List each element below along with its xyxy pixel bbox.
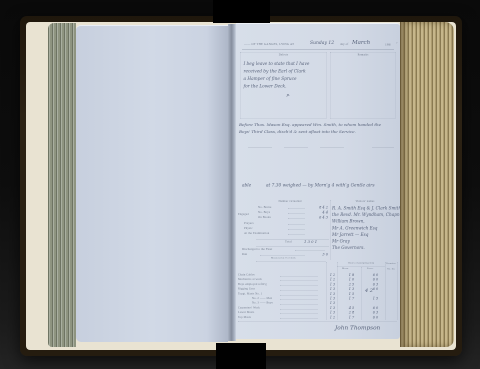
pump-row-n: 1 2 xyxy=(327,315,338,319)
dotted-leader xyxy=(280,281,318,282)
pump-row-label: Top Masts xyxy=(238,316,251,319)
visitor-name: Mr Gray xyxy=(332,238,400,245)
pump-row-morn: 1 8 xyxy=(340,273,363,277)
header-handwritten-month: March xyxy=(352,39,370,46)
pump-row-morn: 2 5 xyxy=(340,282,363,286)
report-line-1: Before Thos. Mason Esq. appeared Wm. Smi… xyxy=(239,122,381,127)
dotted-leader xyxy=(288,209,305,210)
defects-line: I beg leave to state that I have xyxy=(244,61,310,69)
visitors-list: R. A. Smith Esq & J. Clark Smith the Rev… xyxy=(332,205,400,251)
column-divider xyxy=(330,200,331,260)
pump-row-morn: 1 3 xyxy=(340,287,363,291)
dotted-leader xyxy=(288,230,305,231)
weigh-line-text: at 7.30 weighed — by Morn'g 4 with'g Gen… xyxy=(266,183,375,188)
remains-header: Remains xyxy=(385,263,397,266)
pump-row-n: 1 3 xyxy=(327,301,338,305)
muster-table-title: Number victualled xyxy=(260,200,320,203)
muster-row: At the Examination xyxy=(240,232,329,237)
pump-row-even: 6 3 xyxy=(364,282,387,286)
remains-sub: No. lbs xyxy=(385,268,397,271)
pump-row-n: 1 2 xyxy=(327,273,338,277)
header-year: 186 xyxy=(385,43,391,47)
pump-row: Top Masts 1 2 1 7 6 0 xyxy=(238,315,398,320)
dotted-leader xyxy=(280,300,318,301)
dotted-leader xyxy=(288,225,305,226)
dotted-leader xyxy=(288,219,305,220)
dotted-leader xyxy=(280,314,318,315)
weigh-line-lead: able xyxy=(242,183,251,188)
pump-row-label: Mechanics at work xyxy=(238,278,262,281)
ledger-form: —— OF THE GANGES, lying at Sunday 12 day… xyxy=(236,24,400,339)
defects-handwritten-block: I beg leave to state that I have receive… xyxy=(244,61,310,91)
total-rule-top xyxy=(256,239,329,240)
dotted-leader xyxy=(280,295,318,296)
pump-row-n: 1 3 xyxy=(327,287,338,291)
pump-row-n: 1 3 xyxy=(327,311,338,315)
pump-row-n: 1 3 xyxy=(327,306,338,310)
defects-column-title: Defects xyxy=(241,54,327,57)
pump-row-morn: 1 5 xyxy=(340,292,363,296)
muster-table: Number victualled Engaged No. Borne 8 4 … xyxy=(236,200,331,261)
pump-row-morn: 2 8 xyxy=(340,311,363,315)
header-handwritten-day: Sunday 12 xyxy=(310,41,334,46)
blank-rule xyxy=(284,147,308,148)
pump-bottom-rule xyxy=(238,321,397,322)
visitor-name: the Revd. Mr. Wyndham, Chapn. xyxy=(332,212,400,219)
muster-footer-text: Mustered at 9 o'clock xyxy=(271,257,296,260)
pump-sub-even: Even. xyxy=(367,268,374,271)
muster-row-label: On Books xyxy=(258,216,271,219)
pump-header: Hours of pumping ship xyxy=(337,262,385,265)
defects-line: received by the Earl of Clark xyxy=(244,68,310,76)
muster-row-label: Physic xyxy=(244,227,253,230)
pump-sub-morn: Morn. xyxy=(342,268,349,271)
pump-row-label: Topgt. Masts No. 1 xyxy=(238,292,262,295)
pump-row-label: Lower Masts xyxy=(238,311,254,314)
dotted-leader xyxy=(260,256,305,257)
pump-row-even: 6 0 xyxy=(364,273,387,277)
pump-row-morn: 1 0 xyxy=(340,278,363,282)
blank-left-page xyxy=(76,25,228,342)
pump-row-label: Rigging Gear xyxy=(238,288,255,291)
muster-total-label: Total xyxy=(285,241,292,244)
pump-row-n: 1 2 xyxy=(327,278,338,282)
pump-row-n: 1 3 xyxy=(327,282,338,286)
pump-row-n: 1 3 xyxy=(327,292,338,296)
visitor-name: Mr A. Greenwich Esq xyxy=(332,225,400,232)
pump-row-even: 6 0 xyxy=(364,306,387,310)
dotted-leader xyxy=(288,214,305,215)
right-fore-edge xyxy=(400,22,454,347)
dotted-leader xyxy=(280,304,318,305)
pump-row-label: Chain Cables xyxy=(238,274,255,277)
photo-background: —— OF THE GANGES, lying at Sunday 12 day… xyxy=(0,0,480,369)
muster-row: On Books 6 4 3 xyxy=(240,216,329,221)
remarks-column: Remarks xyxy=(330,52,396,119)
dotted-leader xyxy=(280,309,318,310)
dotted-leader xyxy=(280,285,318,286)
pump-row-even: 6 0 xyxy=(364,278,387,282)
defects-column: Defects I beg leave to state that I have… xyxy=(240,52,327,119)
total-rule-bottom xyxy=(256,246,329,247)
pump-row-label: Boys employed refitt'g xyxy=(238,283,267,286)
book-cradle-top xyxy=(213,0,270,23)
defects-mark: p. xyxy=(287,93,291,98)
header-rule xyxy=(242,49,394,50)
signature: John Thompson xyxy=(335,324,380,331)
book-cradle-bottom xyxy=(216,343,266,369)
pump-row-morn: 1 7 xyxy=(340,315,363,319)
muster-row-label: Run xyxy=(242,253,247,256)
book-gutter xyxy=(228,24,236,341)
muster-row-label: No. Boys xyxy=(258,211,270,214)
muster-row-label: Prayers xyxy=(244,222,254,225)
pump-row-label: Carpenters' Work xyxy=(238,306,260,309)
dotted-leader xyxy=(280,318,318,319)
muster-row-value: 6 4 3 xyxy=(304,216,328,220)
pump-row-even: 1 5 xyxy=(364,297,387,301)
pump-row-morn: 4 5 xyxy=(340,306,363,310)
muster-total-value: 1 3 0 1 xyxy=(304,240,317,245)
defects-line: a Hamper of fine Spruce xyxy=(244,76,310,84)
dotted-leader xyxy=(288,235,305,236)
muster-row-value: 3 0 xyxy=(304,253,328,257)
remarks-column-title: Remarks xyxy=(331,54,396,57)
dotted-leader xyxy=(280,290,318,291)
muster-row-label: Discharged to the Fleet xyxy=(242,248,272,251)
muster-row-label: At the Examination xyxy=(244,232,269,235)
pump-annotation: 4 2 xyxy=(365,288,373,294)
pump-row-n: 1 3 xyxy=(327,297,338,301)
book-cover: —— OF THE GANGES, lying at Sunday 12 day… xyxy=(20,16,462,356)
visitor-name: The Governors. xyxy=(332,245,400,252)
blank-rule xyxy=(372,147,394,148)
pump-row-morn: 1 7 xyxy=(340,297,363,301)
form-header-printed: —— OF THE GANGES, lying at xyxy=(244,43,294,47)
header-printed-day-of: day of xyxy=(340,43,348,46)
pump-row-even: 6 3 xyxy=(364,311,387,315)
pump-row-label: No. 2 —— Men xyxy=(252,297,272,300)
dotted-leader xyxy=(295,251,325,252)
pump-row-even: 6 0 xyxy=(364,315,387,319)
muster-row-value: 8 4 2 xyxy=(304,206,328,210)
muster-row-value: 4 4 xyxy=(304,211,328,215)
pump-row-label: No. 3 —— Boys xyxy=(252,302,273,305)
muster-row-label: No. Borne xyxy=(258,206,271,209)
defects-line: for the Lower Deck. xyxy=(244,83,310,91)
blank-rule xyxy=(248,147,272,148)
page-number: 7 xyxy=(396,42,398,45)
dotted-leader xyxy=(280,276,318,277)
visitors-title: Visitors' names xyxy=(332,200,398,203)
blank-rule xyxy=(320,147,344,148)
ledger-right-page: —— OF THE GANGES, lying at Sunday 12 day… xyxy=(236,23,400,339)
report-line-2: Boys' Third Class, disch'd & sent afloat… xyxy=(239,129,356,134)
pump-table: Hours of pumping ship Morn. Even. Remain… xyxy=(236,262,400,322)
left-page-edges xyxy=(48,23,76,347)
